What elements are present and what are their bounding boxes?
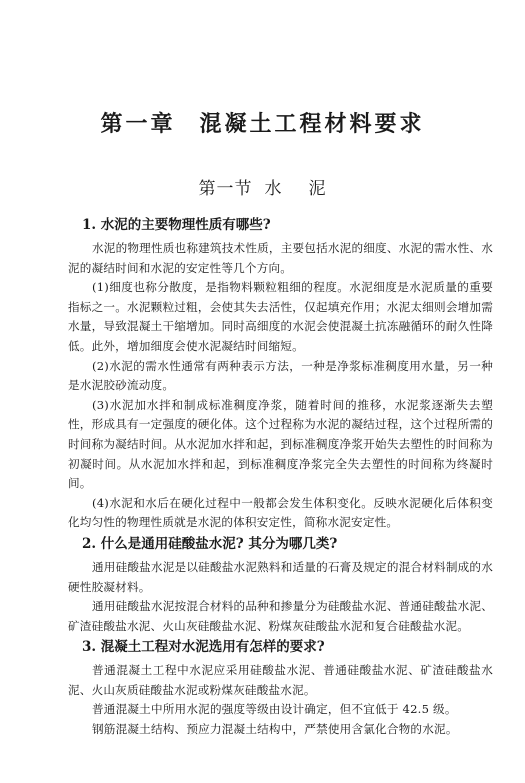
section-title: 第一节水泥	[0, 174, 525, 199]
question-heading: 3. 混凝土工程对水泥选用有怎样的要求?	[82, 636, 493, 659]
paragraph: 普通混凝土中所用水泥的强度等级由设计确定，但不宜低于 42.5 级。	[68, 700, 493, 720]
paragraph: (4)水泥和水后在硬化过程中一般都会发生体积变化。反映水泥硬化后体积变化均匀性的…	[68, 494, 493, 533]
paragraph: (2)水泥的需水性通常有两种表示方法，一种是净浆标准稠度用水量，另一种是水泥胶砂…	[68, 357, 493, 396]
page-body: 1. 水泥的主要物理性质有哪些? 水泥的物理性质也称建筑技术性质，主要包括水泥的…	[68, 214, 493, 740]
section-name-1: 水	[265, 179, 283, 199]
section-name-2: 泥	[309, 179, 327, 199]
question-block: 1. 水泥的主要物理性质有哪些? 水泥的物理性质也称建筑技术性质，主要包括水泥的…	[68, 214, 493, 533]
question-block: 2. 什么是通用硅酸盐水泥? 其分为哪几类? 通用硅酸盐水泥是以硅酸盐水泥熟料和…	[68, 533, 493, 636]
question-block: 3. 混凝土工程对水泥选用有怎样的要求? 普通混凝土工程中水泥应采用硅酸盐水泥、…	[68, 636, 493, 739]
section-number: 第一节	[199, 179, 253, 199]
paragraph: 普通混凝土工程中水泥应采用硅酸盐水泥、普通硅酸盐水泥、矿渣硅酸盐水泥、火山灰质硅…	[68, 661, 493, 700]
paragraph: 通用硅酸盐水泥是以硅酸盐水泥熟料和适量的石膏及规定的混合材料制成的水硬性胶凝材料…	[68, 558, 493, 597]
paragraph: 通用硅酸盐水泥按混合材料的品种和掺量分为硅酸盐水泥、普通硅酸盐水泥、矿渣硅酸盐水…	[68, 597, 493, 636]
chapter-title: 第一章混凝土工程材料要求	[0, 107, 525, 138]
paragraph: 水泥的物理性质也称建筑技术性质，主要包括水泥的细度、水泥的需水性、水泥的凝结时间…	[68, 239, 493, 278]
question-heading: 1. 水泥的主要物理性质有哪些?	[82, 214, 493, 237]
chapter-name: 混凝土工程材料要求	[200, 112, 425, 137]
paragraph: (1)细度也称分散度，是指物料颗粒粗细的程度。水泥细度是水泥质量的重要指标之一。…	[68, 278, 493, 356]
question-heading: 2. 什么是通用硅酸盐水泥? 其分为哪几类?	[82, 533, 493, 556]
chapter-number: 第一章	[100, 112, 175, 137]
paragraph: 钢筋混凝土结构、预应力混凝土结构中，严禁使用含氯化合物的水泥。	[68, 720, 493, 740]
paragraph: (3)水泥加水拌和制成标准稠度净浆，随着时间的推移，水泥浆逐渐失去塑性，形成具有…	[68, 396, 493, 494]
